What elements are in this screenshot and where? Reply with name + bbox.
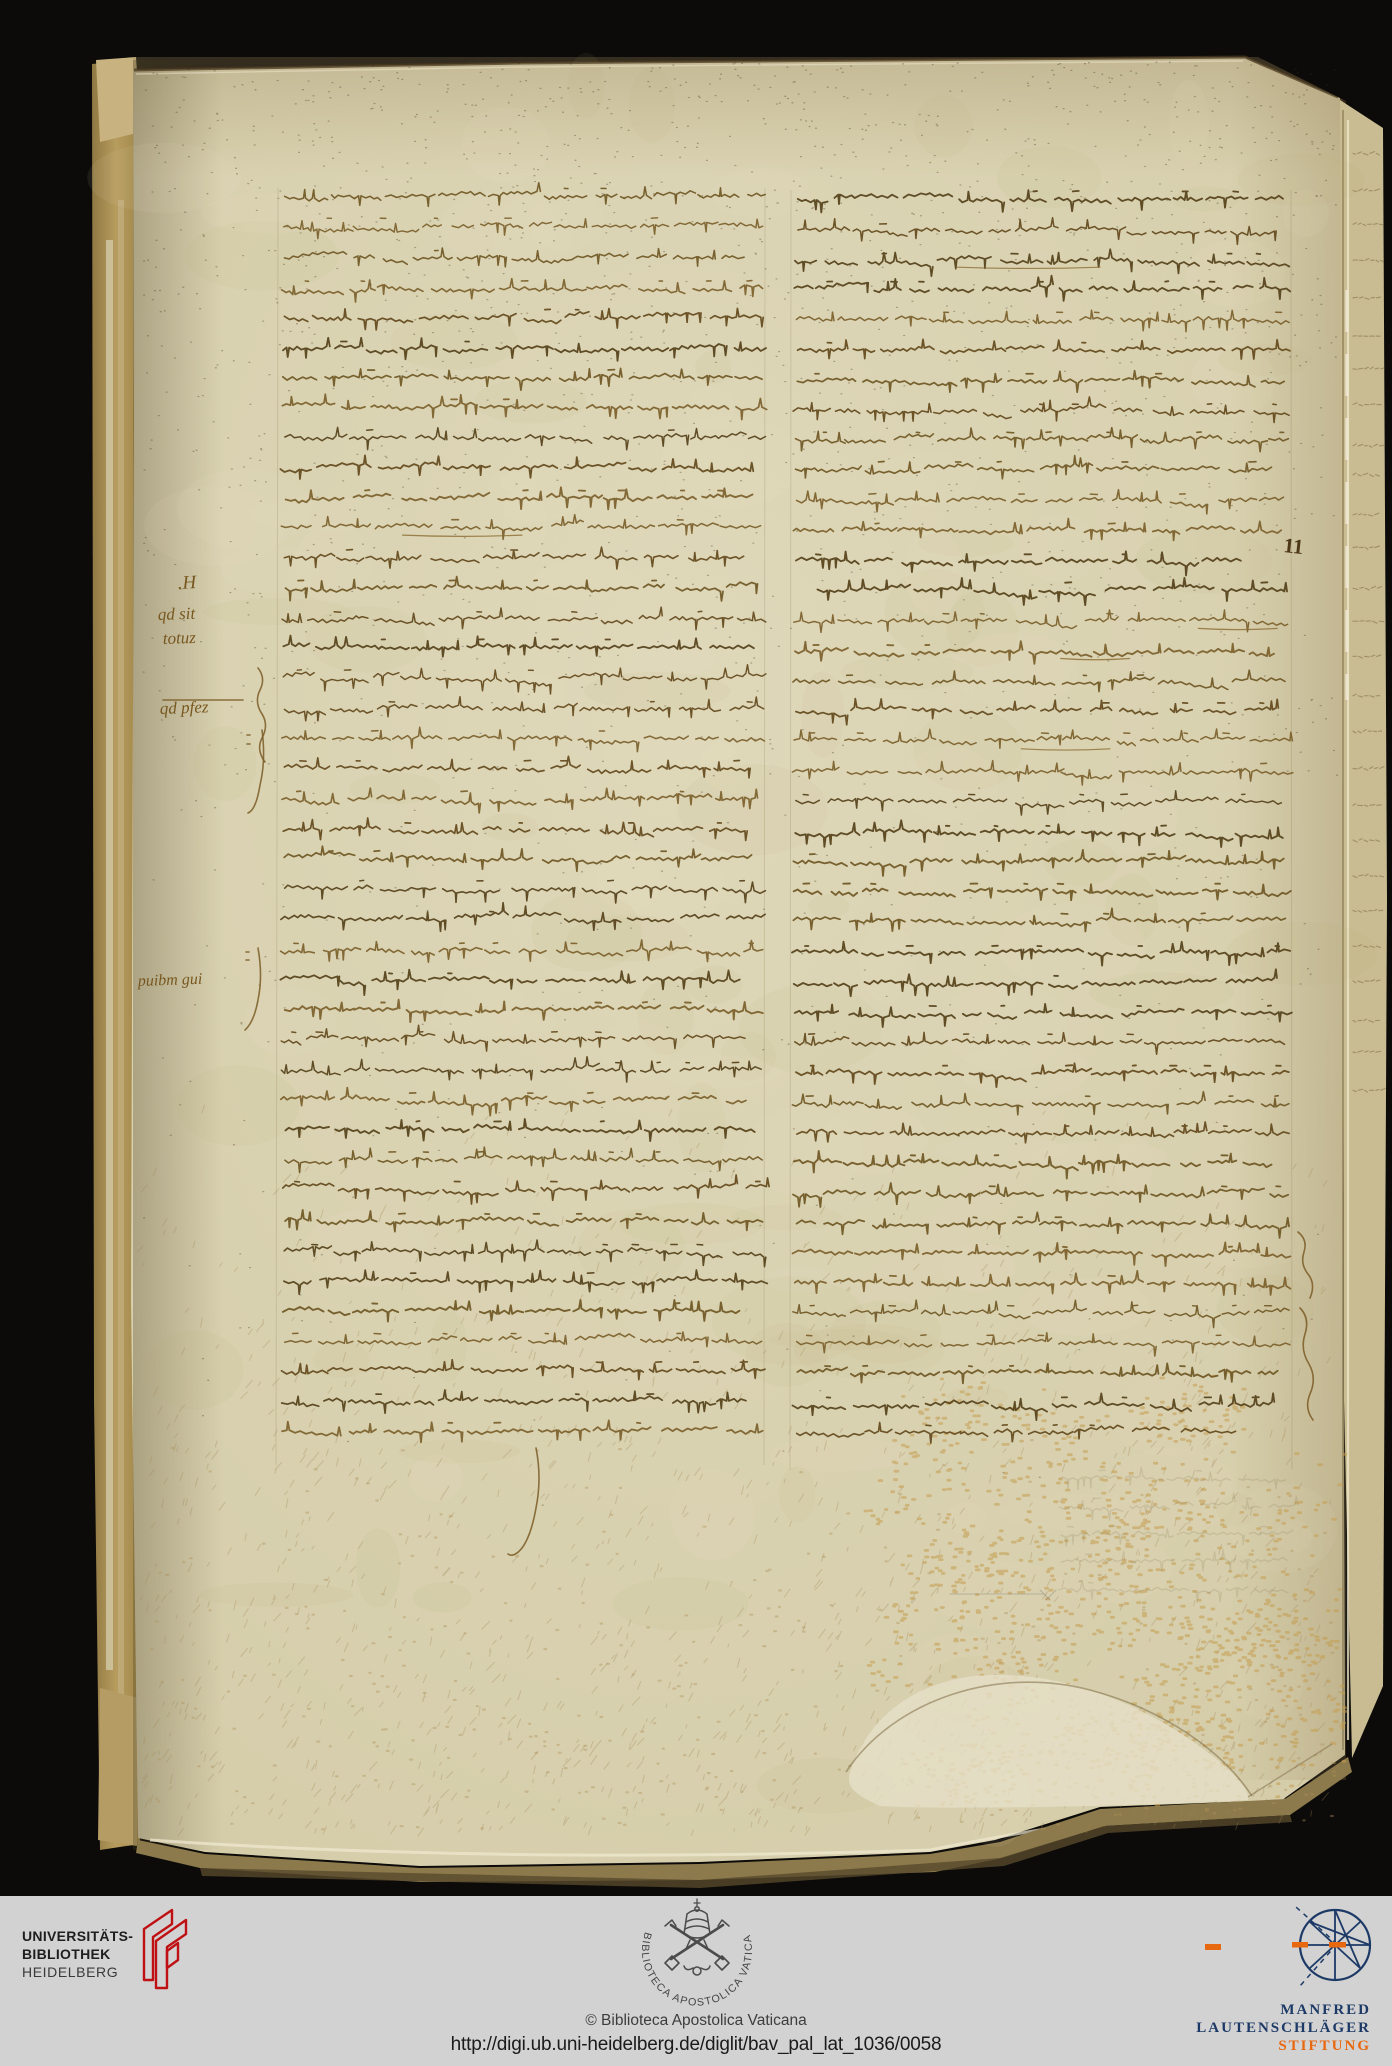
stiftung-logo-line1: MANFRED bbox=[1280, 2002, 1371, 2019]
heidelberg-logo-line2: BIBLIOTHEK bbox=[22, 1946, 111, 1962]
margin-note-3: puibm gui bbox=[137, 971, 203, 990]
folio-mark: 11 bbox=[1282, 533, 1304, 559]
orange-dash-mark bbox=[1205, 1944, 1221, 1950]
footer-bar: UNIVERSITÄTS- BIBLIOTHEK HEIDELBERG bbox=[0, 1896, 1392, 2066]
stiftung-logo-line3: STIFTUNG bbox=[1278, 2038, 1371, 2055]
vatican-seal-arc-text: BIBLIOTECA APOSTOLICA VATICANA bbox=[615, 1895, 755, 2009]
vatican-library-seal: BIBLIOTECA APOSTOLICA VATICANA bbox=[615, 1895, 779, 2019]
heidelberg-logo-line1: UNIVERSITÄTS- bbox=[22, 1928, 133, 1944]
svg-text:BIBLIOTECA APOSTOLICA VATICANA: BIBLIOTECA APOSTOLICA VATICANA bbox=[615, 1895, 755, 2009]
source-url: http://digi.ub.uni-heidelberg.de/diglit/… bbox=[451, 2034, 942, 2056]
manuscript-photo: .H qd sit totuz qd pfez puibm gui 11 bbox=[0, 0, 1392, 2066]
margin-note-1a: qd sit bbox=[157, 604, 196, 624]
crossed-keys-icon bbox=[665, 1920, 729, 1975]
stiftung-logo-line2: LAUTENSCHLÄGER bbox=[1196, 2020, 1371, 2037]
heidelberg-library-book-icon bbox=[136, 1904, 198, 1996]
margin-note-1b: totuz bbox=[162, 628, 196, 648]
heidelberg-logo-line3: HEIDELBERG bbox=[22, 1964, 118, 1980]
stiftung-globe-icon bbox=[1288, 1898, 1382, 1994]
margin-note-h: .H bbox=[177, 572, 198, 594]
digitized-manuscript-scan: .H qd sit totuz qd pfez puibm gui 11 UNI… bbox=[0, 0, 1392, 2066]
copyright-line: © Biblioteca Apostolica Vaticana bbox=[585, 2012, 806, 2030]
